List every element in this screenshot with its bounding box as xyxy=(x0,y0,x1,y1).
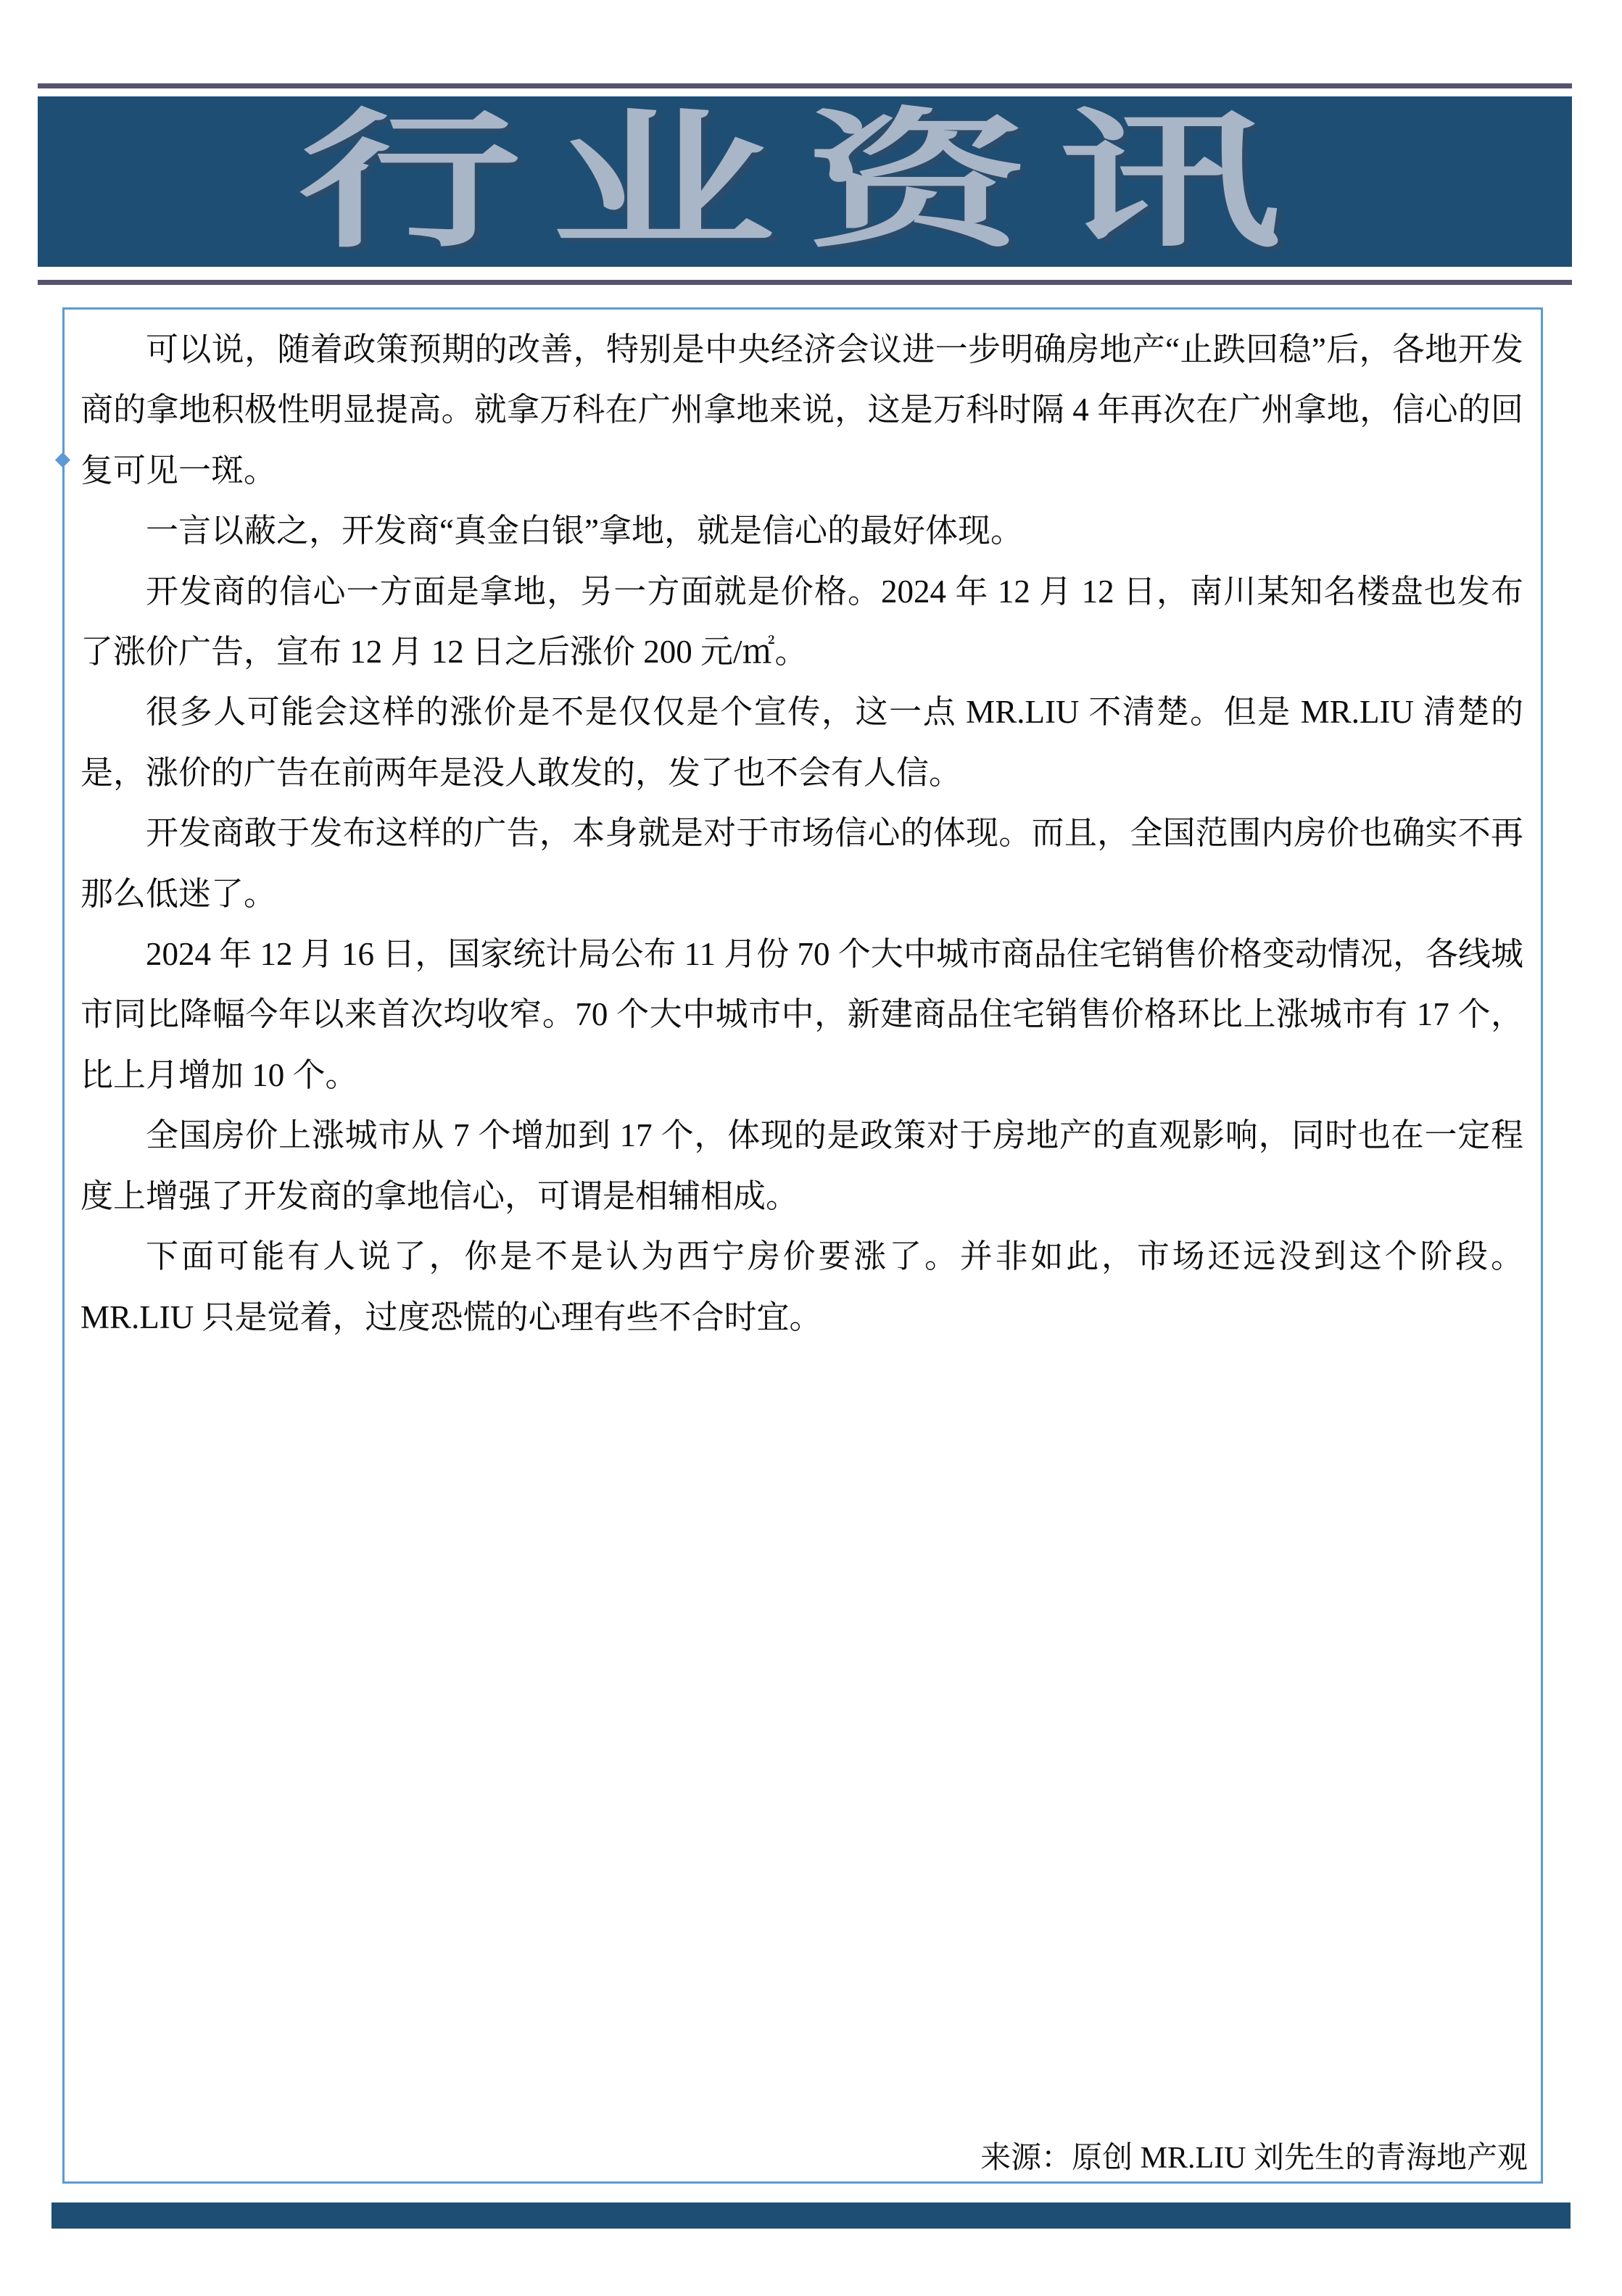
article-paragraph: 可以说，随着政策预期的改善，特别是中央经济会议进一步明确房地产“止跌回稳”后，各… xyxy=(80,320,1523,501)
source-attribution: 来源：原创 MR.LIU 刘先生的青海地产观 xyxy=(980,2134,1528,2177)
article-paragraph: 开发商的信心一方面是拿地，另一方面就是价格。2024 年 12 月 12 日，南… xyxy=(80,562,1523,683)
top-divider xyxy=(38,83,1572,88)
header-banner: 行业资讯 xyxy=(38,96,1572,267)
article-paragraph: 开发商敢于发布这样的广告，本身就是对于市场信心的体现。而且，全国范围内房价也确实… xyxy=(80,803,1523,924)
article-box: 可以说，随着政策预期的改善，特别是中央经济会议进一步明确房地产“止跌回稳”后，各… xyxy=(62,307,1543,2184)
page: { "colors": { "banner_background": "#1f4… xyxy=(0,0,1622,2296)
header-bottom-divider xyxy=(38,280,1572,285)
article-paragraph: 很多人可能会这样的涨价是不是仅仅是个宣传，这一点 MR.LIU 不清楚。但是 M… xyxy=(80,682,1523,803)
page-title: 行业资讯 xyxy=(298,96,1312,267)
article-paragraph: 2024 年 12 月 16 日，国家统计局公布 11 月份 70 个大中城市商… xyxy=(80,924,1523,1106)
article-paragraph: 全国房价上涨城市从 7 个增加到 17 个，体现的是政策对于房地产的直观影响，同… xyxy=(80,1106,1523,1227)
footer-bar xyxy=(51,2202,1571,2229)
article-paragraph: 一言以蔽之，开发商“真金白银”拿地，就是信心的最好体现。 xyxy=(80,501,1523,561)
article-body: 可以说，随着政策预期的改善，特别是中央经济会议进一步明确房地产“止跌回稳”后，各… xyxy=(65,310,1541,1348)
article-paragraph: 下面可能有人说了，你是不是认为西宁房价要涨了。并非如此，市场还远没到这个阶段。M… xyxy=(80,1227,1523,1348)
